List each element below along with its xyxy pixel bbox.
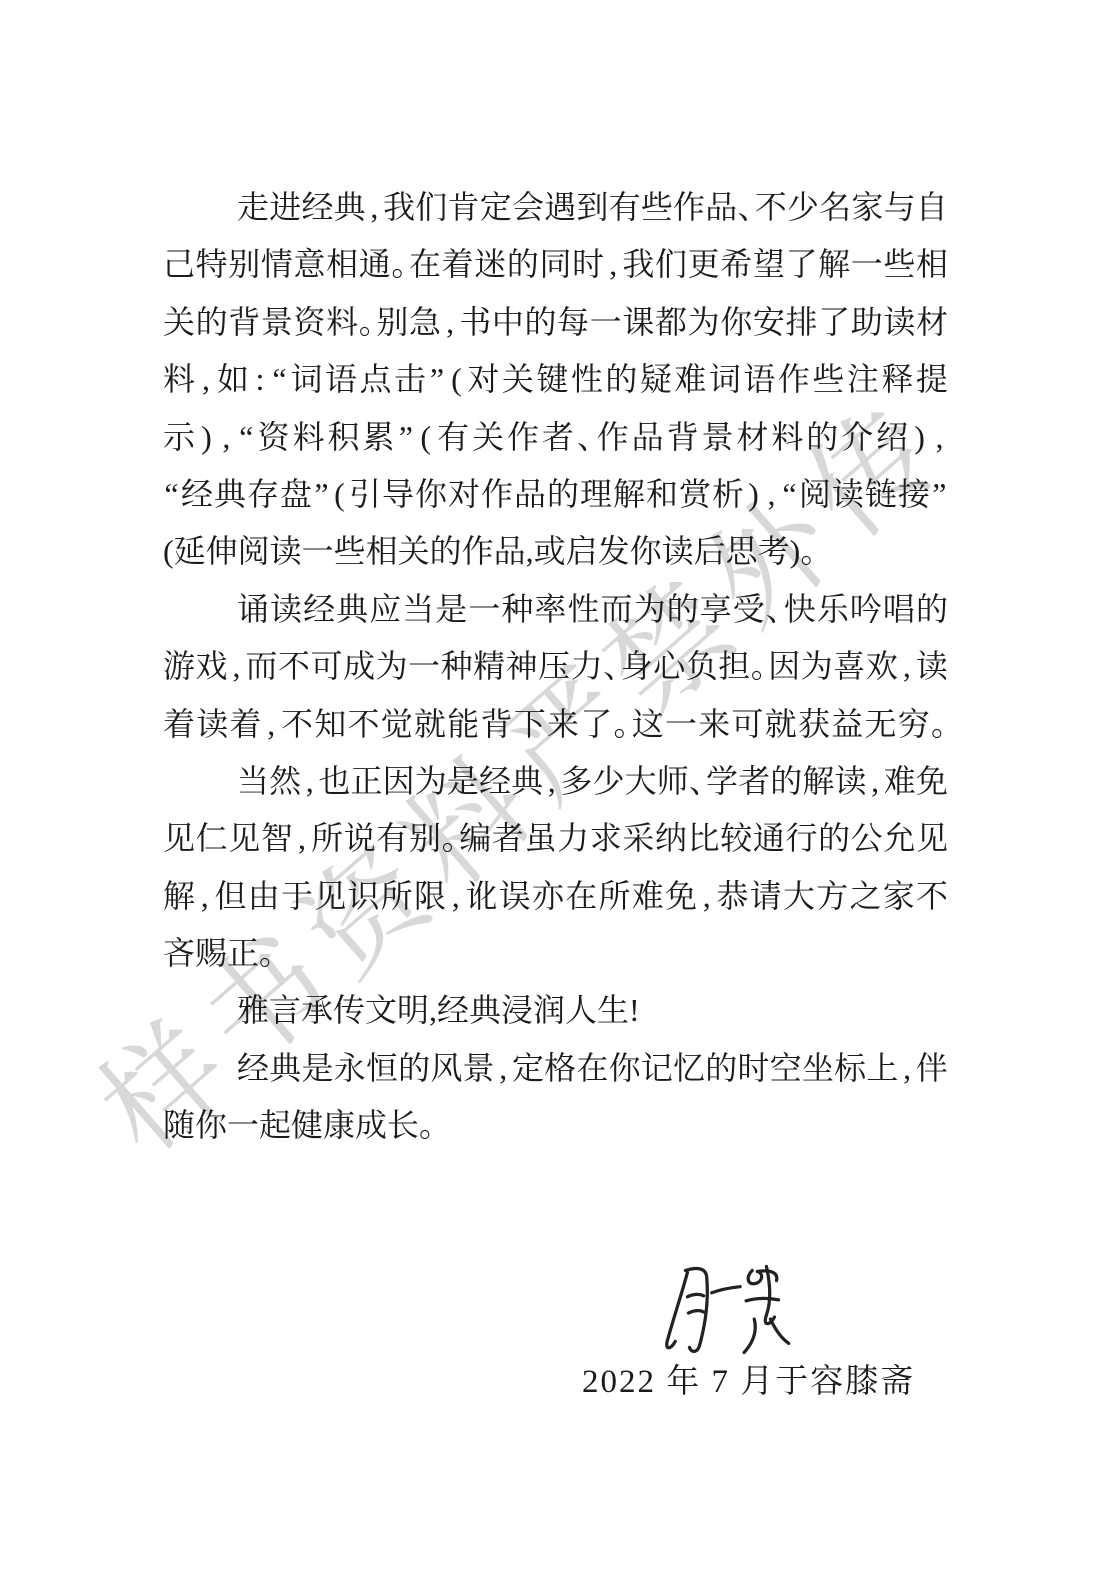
text-line: 料,如:“词语点击”(对关键性的疑难词语作些注释提 [163,351,948,408]
text-line: “经典存盘”(引导你对作品的理解和赏析),“阅读链接” [163,466,948,523]
text-line: 己特别情意相通。在着迷的同时,我们更希望了解一些相 [163,236,948,293]
text-line: 解,但由于见识所限,讹误亦在所难免,恭请大方之家不 [163,868,948,925]
dateline: 2022 年 7 月于容膝斋 [582,1358,915,1406]
author-signature [653,1256,815,1368]
text-line: 经典是永恒的风景,定格在你记忆的时空坐标上,伴 [163,1040,948,1097]
text-line: 见仁见智,所说有别。编者虽力求采纳比较通行的公允见 [163,810,948,867]
text-line: 诵读经典应当是一种率性而为的享受、快乐吟唱的 [163,581,948,638]
text-line: 走进经典,我们肯定会遇到有些作品、不少名家与自 [163,179,948,236]
text-line: 当然,也正因为是经典,多少大师、学者的解读,难免 [163,753,948,810]
text-line: 随你一起健康成长。 [163,1097,948,1154]
text-line: 雅言承传文明,经典浸润人生! [163,982,948,1039]
preface-body: 走进经典,我们肯定会遇到有些作品、不少名家与自己特别情意相通。在着迷的同时,我们… [163,179,948,1155]
text-line: (延伸阅读一些相关的作品,或启发你读后思考)。 [163,523,948,580]
text-line: 吝赐正。 [163,925,948,982]
scanned-book-page: 样书资料严禁外传 走进经典,我们肯定会遇到有些作品、不少名家与自己特别情意相通。… [0,0,1110,1571]
text-line: 关的背景资料。别急,书中的每一课都为你安排了助读材 [163,294,948,351]
text-line: 游戏,而不可成为一种精神压力、身心负担。因为喜欢,读 [163,638,948,695]
signature-handwriting-icon [653,1256,815,1368]
text-line: 示),“资料积累”(有关作者、作品背景材料的介绍), [163,409,948,466]
text-line: 着读着,不知不觉就能背下来了。这一来可就获益无穷。 [163,696,948,753]
